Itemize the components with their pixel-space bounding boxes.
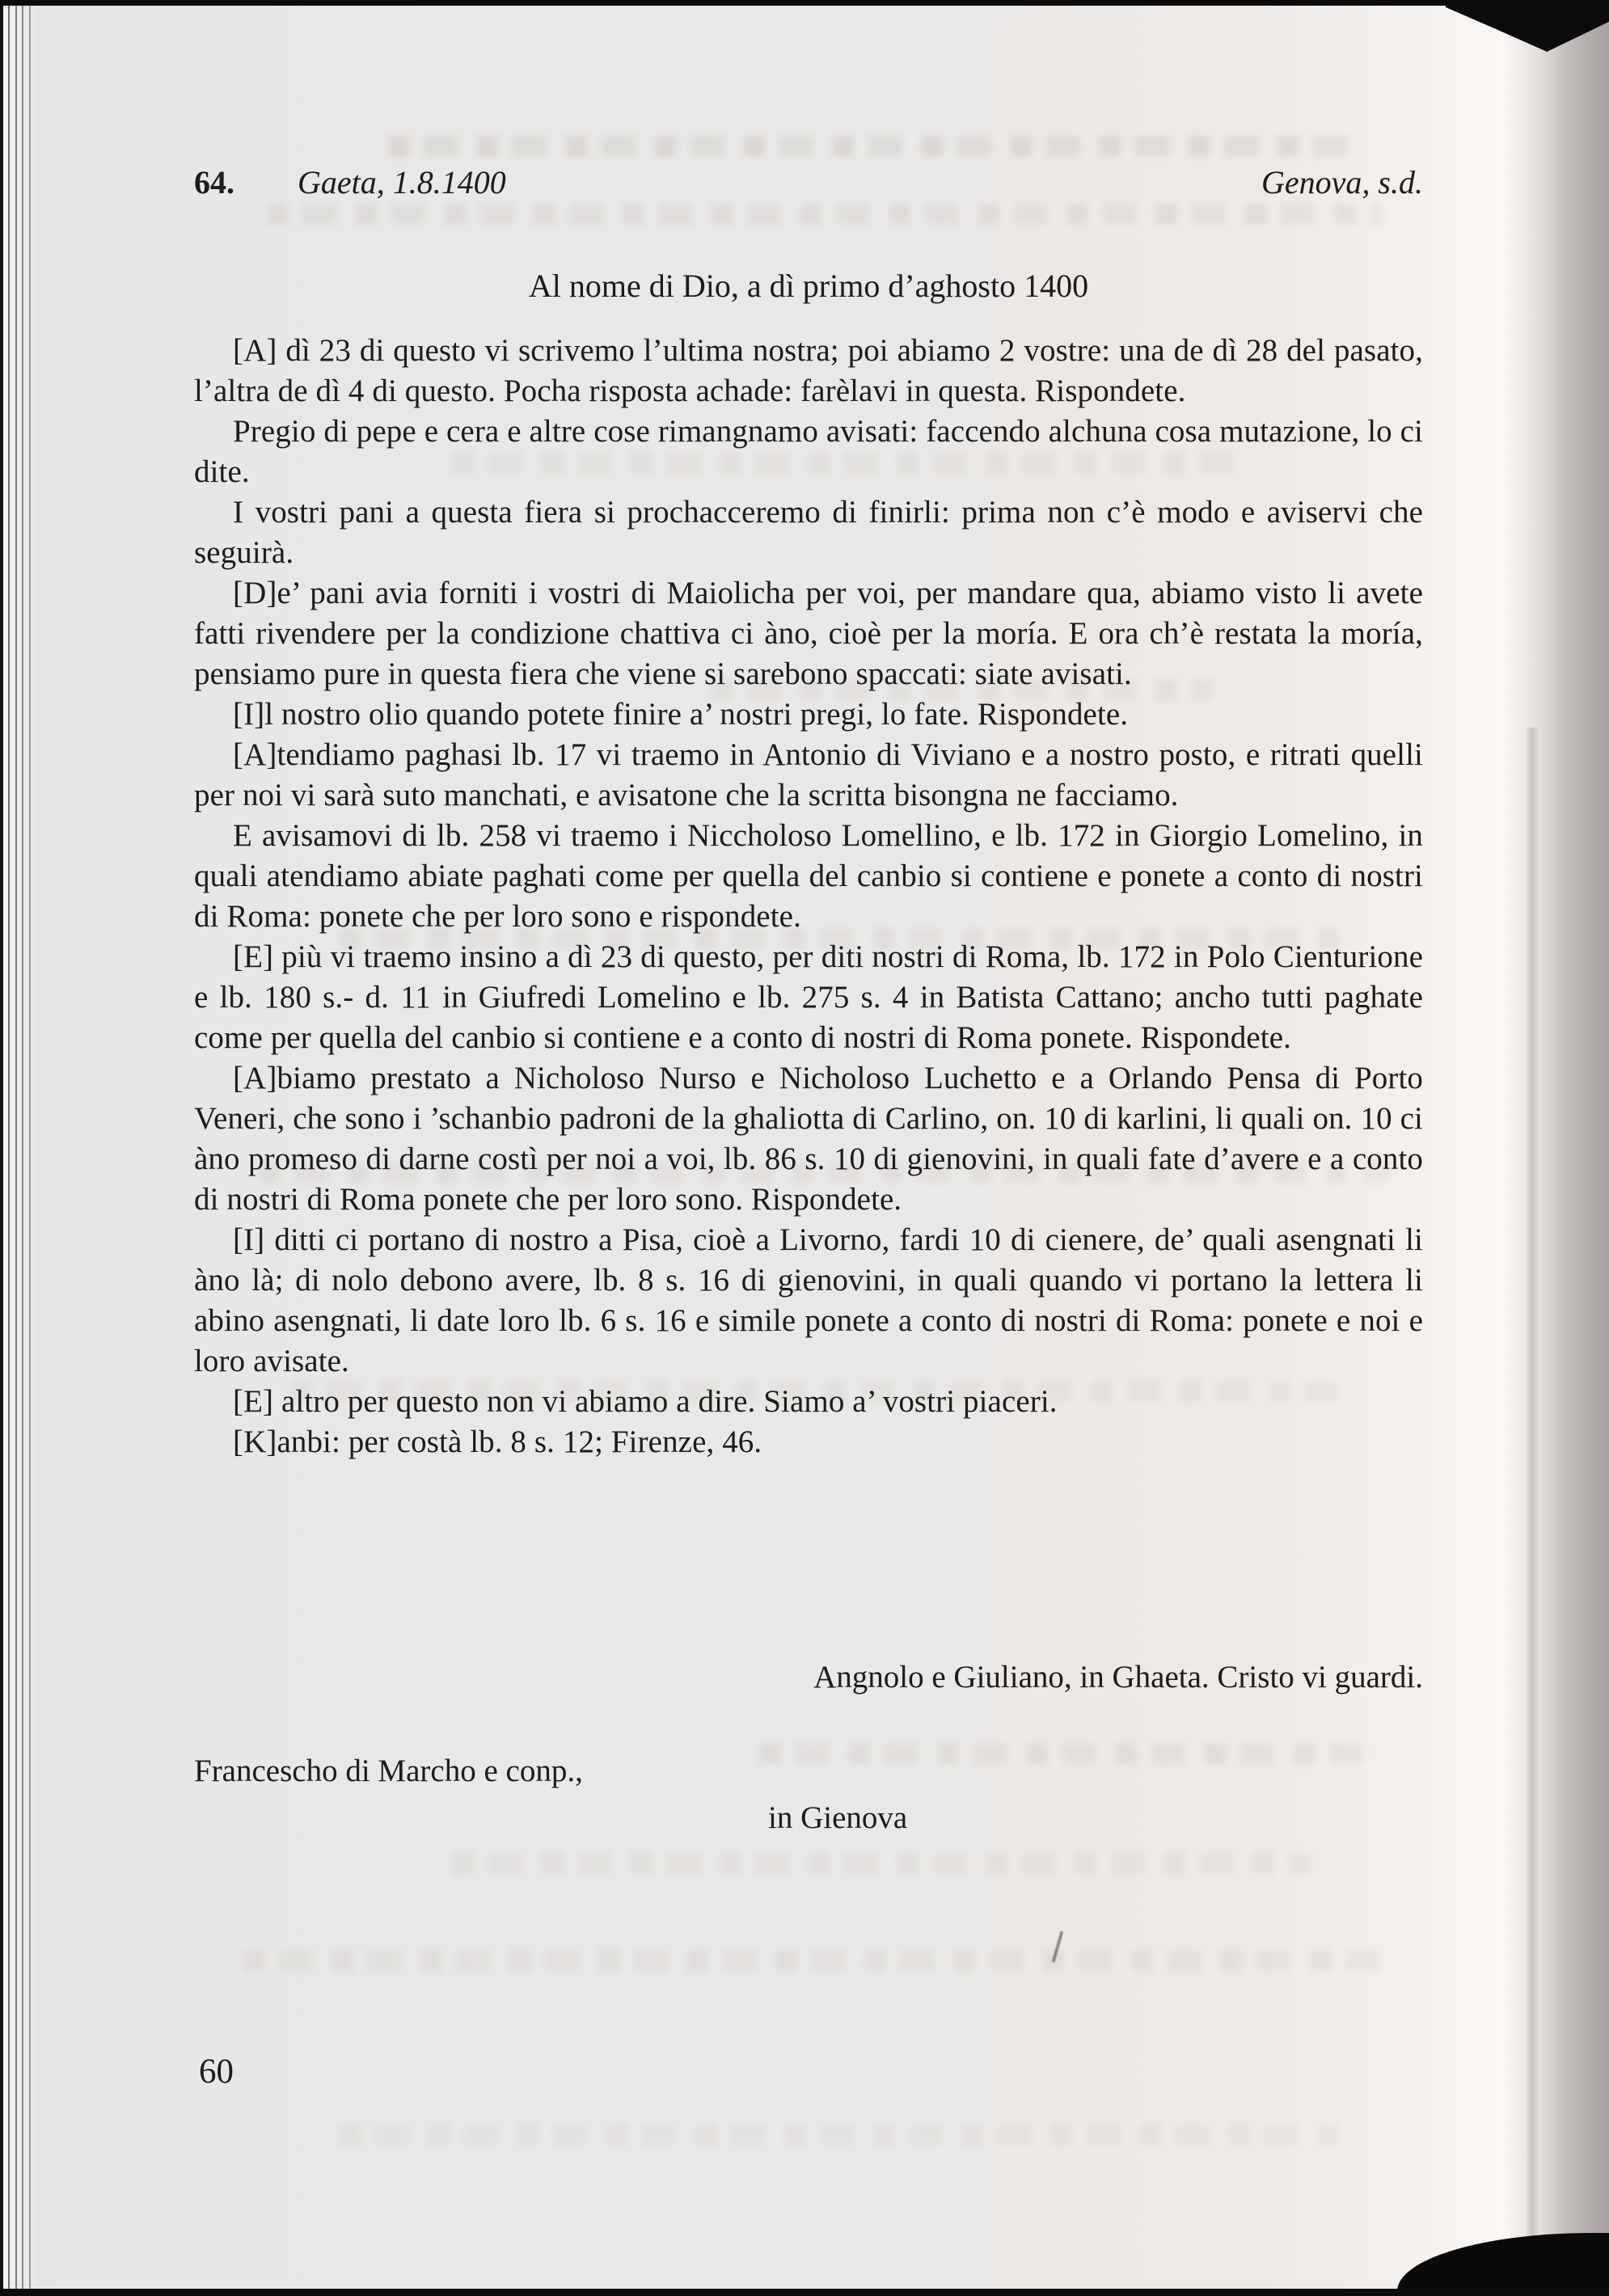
body-paragraph: [K]anbi: per costà lb. 8 s. 12; Firenze,… <box>194 1422 1423 1462</box>
show-through-ghost <box>388 136 1366 157</box>
scan-top-edge <box>0 0 1609 6</box>
document-destination: Genova, s.d. <box>1261 164 1423 201</box>
scan-corner-shadow-top-right <box>1446 0 1609 52</box>
scanned-book-page: 64. Gaeta, 1.8.1400 Genova, s.d. Al nome… <box>0 0 1609 2296</box>
page-crease-shadow <box>1525 728 1539 2296</box>
body-paragraph: [I]l nostro olio quando potete finire a’… <box>194 694 1423 735</box>
body-paragraph: [I] ditti ci portano di nostro a Pisa, c… <box>194 1220 1423 1382</box>
body-paragraph: [E] altro per questo non vi abiamo a dir… <box>194 1382 1423 1422</box>
scan-bottom-edge <box>0 2289 1609 2296</box>
page-number: 60 <box>199 2052 234 2091</box>
show-through-ghost <box>453 1853 1310 1874</box>
sender-location: in Gienova <box>768 1800 907 1836</box>
body-paragraph: [E] più vi traemo insino a dì 23 di ques… <box>194 937 1423 1058</box>
book-page-stack-edge <box>0 0 36 2296</box>
document-number: 64. <box>194 164 234 201</box>
show-through-ghost <box>267 204 1383 225</box>
letter-body: [A] dì 23 di questo vi scrivemo l’ultima… <box>194 331 1423 1462</box>
show-through-ghost <box>340 2125 1342 2146</box>
document-header: 64. Gaeta, 1.8.1400 Genova, s.d. <box>194 164 1423 201</box>
scan-corner-shadow-bottom-right <box>1397 2233 1609 2296</box>
closing-line: Angnolo e Giuliano, in Ghaeta. Cristo vi… <box>194 1659 1423 1695</box>
body-paragraph: [A]tendiamo paghasi lb. 17 vi traemo in … <box>194 735 1423 816</box>
body-paragraph: I vostri pani a questa fiera si prochacc… <box>194 492 1423 573</box>
body-paragraph: Pregio di pepe e cera e altre cose riman… <box>194 412 1423 492</box>
salutation-line: Al nome di Dio, a dì primo d’aghosto 140… <box>194 267 1423 305</box>
body-paragraph: [A] dì 23 di questo vi scrivemo l’ultima… <box>194 331 1423 412</box>
body-paragraph: E avisamovi di lb. 258 vi traemo i Nicch… <box>194 816 1423 937</box>
document-place-date: Gaeta, 1.8.1400 <box>298 164 506 201</box>
sender-name: Francescho di Marcho e conp., <box>194 1753 1423 1789</box>
body-paragraph: [D]e’ pani avia forniti i vostri di Maio… <box>194 573 1423 694</box>
show-through-ghost <box>243 1950 1399 1971</box>
body-paragraph: [A]biamo prestato a Nicholoso Nurso e Ni… <box>194 1058 1423 1220</box>
